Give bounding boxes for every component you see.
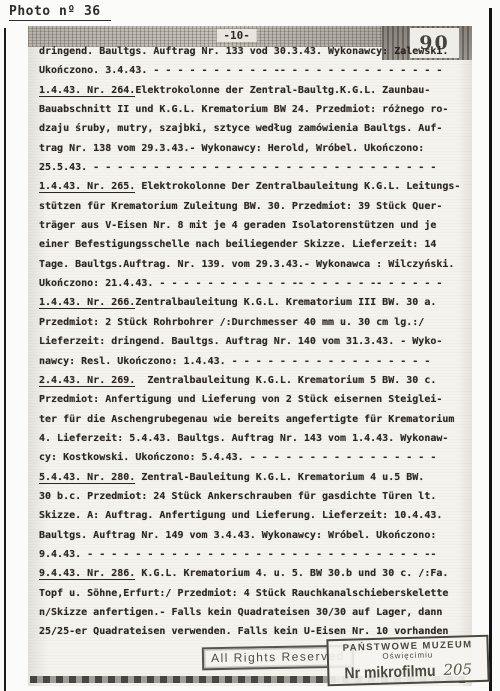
line-text: Lieferzeit: dringend. Baultgs. Auftrag N… — [39, 336, 442, 347]
document-line: Tage. Baultgs.Auftrag. Nr. 139. vom 29.3… — [39, 255, 467, 274]
document-line: Ukończono. 3.4.43. - - - - - - - - - - -… — [39, 61, 467, 80]
photo-caption: Photo nº 36 — [9, 4, 111, 21]
document-line: Baultgs. Auftrag Nr. 149 vom 3.4.43. Wyk… — [39, 526, 467, 545]
line-text: 25/25-er Quadrateisen verwenden. Falls k… — [39, 626, 448, 637]
document-line: 30 b.c. Przedmiot: 24 Stück Ankerschraub… — [39, 487, 467, 506]
document-line: Przedmiot: Anfertigung und Lieferung von… — [39, 390, 467, 409]
museum-stamp: PAŃSTWOWE MUZEUM Oświęcimiu Nr mikrofilm… — [326, 635, 489, 687]
line-text: stützen für Krematorium Zuleitung BW. 30… — [39, 201, 442, 212]
line-text: Ukończono: 21.4.43. - - - - - - - - - - … — [39, 278, 442, 289]
document-line: 5.4.43. Nr. 280. Zentral-Bauleitung K.G.… — [39, 468, 467, 487]
line-text: 9.4.43. - - - - - - - - - - - - - - - - … — [39, 549, 436, 560]
scanned-page: -10- 90 dringend. Baultgs. Auftrag Nr. 1… — [28, 26, 472, 686]
document-line: nawcy: Resl. Ukończono: 1.4.43. - - - - … — [39, 352, 467, 371]
line-text: trag Nr. 138 vom 29.3.43.- Wykonawcy: He… — [39, 143, 424, 154]
line-text: cy: Kostkowski. Ukończono: 5.4.43. - - -… — [39, 452, 436, 463]
document-line: n/Skizze anfertigen.- Falls kein Quadrat… — [39, 603, 467, 622]
entry-heading-underlined: 2.4.43. Nr. 269. — [39, 375, 135, 387]
document-line: dzaju śruby, mutry, szajbki, sztyce wedł… — [39, 119, 467, 138]
line-text: dringend. Baultgs. Auftrag Nr. 133 vod 3… — [39, 46, 448, 57]
line-text: 4. Lieferzeit: 5.4.43. Baultgs. Auftrag … — [39, 433, 448, 444]
line-text: Skizze. A: Auftrag. Anfertigung und Lief… — [39, 510, 442, 521]
scan-artifact-left-line — [4, 28, 6, 691]
line-text: 30 b.c. Przedmiot: 24 Stück Ankerschraub… — [39, 491, 436, 502]
document-line: Topf u. Söhne,Erfurt:/ Przedmiot: 4 Stüc… — [39, 584, 467, 603]
document-line: trag Nr. 138 vom 29.3.43.- Wykonawcy: He… — [39, 139, 467, 158]
document-line: stützen für Krematorium Zuleitung BW. 30… — [39, 197, 467, 216]
line-text: Przedmiot: 2 Stück Rohrbohrer /:Durchmes… — [39, 317, 424, 328]
line-text: 25.5.43. - - - - - - - - - - - - - - - -… — [39, 162, 436, 173]
line-text: Baultgs. Auftrag Nr. 149 vom 3.4.43. Wyk… — [39, 530, 436, 541]
document-line: 4. Lieferzeit: 5.4.43. Baultgs. Auftrag … — [39, 429, 467, 448]
document-line: dringend. Baultgs. Auftrag Nr. 133 vod 3… — [39, 42, 467, 61]
line-text: Topf u. Söhne,Erfurt:/ Przedmiot: 4 Stüc… — [39, 588, 448, 599]
microfilm-number-handwritten: 205 — [443, 660, 472, 679]
document-line: 9.4.43. - - - - - - - - - - - - - - - - … — [39, 545, 467, 564]
document-text: dringend. Baultgs. Auftrag Nr. 133 vod 3… — [39, 42, 467, 642]
document-line: Bauabschnitt II und K.G.L. Krematorium B… — [39, 100, 467, 119]
document-line: cy: Kostkowski. Ukończono: 5.4.43. - - -… — [39, 448, 467, 467]
document-line: 1.4.43. Nr. 266.Zentralbauleitung K.G.L.… — [39, 293, 467, 312]
line-text: K.G.L. Krematorium 4. u. 5. BW 30.b und … — [135, 568, 448, 579]
document-line: einer Befestigungsschelle nach beiliegen… — [39, 235, 467, 254]
line-text: Przedmiot: Anfertigung und Lieferung von… — [39, 394, 442, 405]
line-text: Zentralbauleitung K.G.L. Krematorium 5 B… — [135, 375, 436, 386]
line-text: nawcy: Resl. Ukończono: 1.4.43. - - - - … — [39, 356, 430, 367]
document-line: 1.4.43. Nr. 264.Elektrokolonne der Zentr… — [39, 81, 467, 100]
document-line: Skizze. A: Auftrag. Anfertigung und Lief… — [39, 506, 467, 525]
document-line: 9.4.43. Nr. 286. K.G.L. Krematorium 4. u… — [39, 564, 467, 583]
entry-heading-underlined: 9.4.43. Nr. 286. — [39, 568, 135, 580]
document-line: 1.4.43. Nr. 265. Elektrokolonne Der Zent… — [39, 177, 467, 196]
document-line: ter für die Aschengrubegenau wie bereits… — [39, 410, 467, 429]
line-text: träger aus V-Eisen Nr. 8 mit je 4 gerade… — [39, 220, 436, 231]
line-text: Ukończono. 3.4.43. - - - - - - - - - - -… — [39, 65, 442, 76]
page-number: -10- — [216, 29, 257, 42]
photo-of-document: Photo nº 36 -10- 90 dringend. Baultgs. A… — [0, 0, 500, 691]
entry-heading-underlined: 1.4.43. Nr. 265. — [39, 181, 135, 193]
entry-heading-underlined: 1.4.43. Nr. 266. — [39, 297, 135, 309]
document-line: 2.4.43. Nr. 269. Zentralbauleitung K.G.L… — [39, 371, 467, 390]
document-line: Przedmiot: 2 Stück Rohrbohrer /:Durchmes… — [39, 313, 467, 332]
line-text: Zentral-Bauleitung K.G.L. Krematorium 4 … — [135, 472, 424, 483]
document-line: träger aus V-Eisen Nr. 8 mit je 4 gerade… — [39, 216, 467, 235]
document-line: Ukończono: 21.4.43. - - - - - - - - - - … — [39, 274, 467, 293]
entry-heading-underlined: 1.4.43. Nr. 264. — [39, 85, 135, 97]
line-text: einer Befestigungsschelle nach beiliegen… — [39, 239, 436, 250]
scan-artifact-right-line — [489, 8, 492, 691]
entry-heading-underlined: 5.4.43. Nr. 280. — [39, 472, 135, 484]
line-text: dzaju śruby, mutry, szajbki, sztyce wedł… — [39, 123, 442, 134]
line-text: Zentralbauleitung K.G.L. Krematorium III… — [135, 297, 436, 308]
line-text: ter für die Aschengrubegenau wie bereits… — [39, 414, 454, 425]
document-line: 25.5.43. - - - - - - - - - - - - - - - -… — [39, 158, 467, 177]
line-text: n/Skizze anfertigen.- Falls kein Quadrat… — [39, 607, 442, 618]
microfilm-number-label: Nr mikrofilmu — [344, 661, 435, 681]
line-text: Elektrokolonne der Zentral-Baultg.K.G.L.… — [135, 85, 430, 96]
line-text: Elektrokolonne Der Zentralbauleitung K.G… — [135, 181, 460, 192]
line-text: Bauabschnitt II und K.G.L. Krematorium B… — [39, 104, 448, 115]
line-text: Tage. Baultgs.Auftrag. Nr. 139. vom 29.3… — [39, 259, 454, 270]
document-line: Lieferzeit: dringend. Baultgs. Auftrag N… — [39, 332, 467, 351]
